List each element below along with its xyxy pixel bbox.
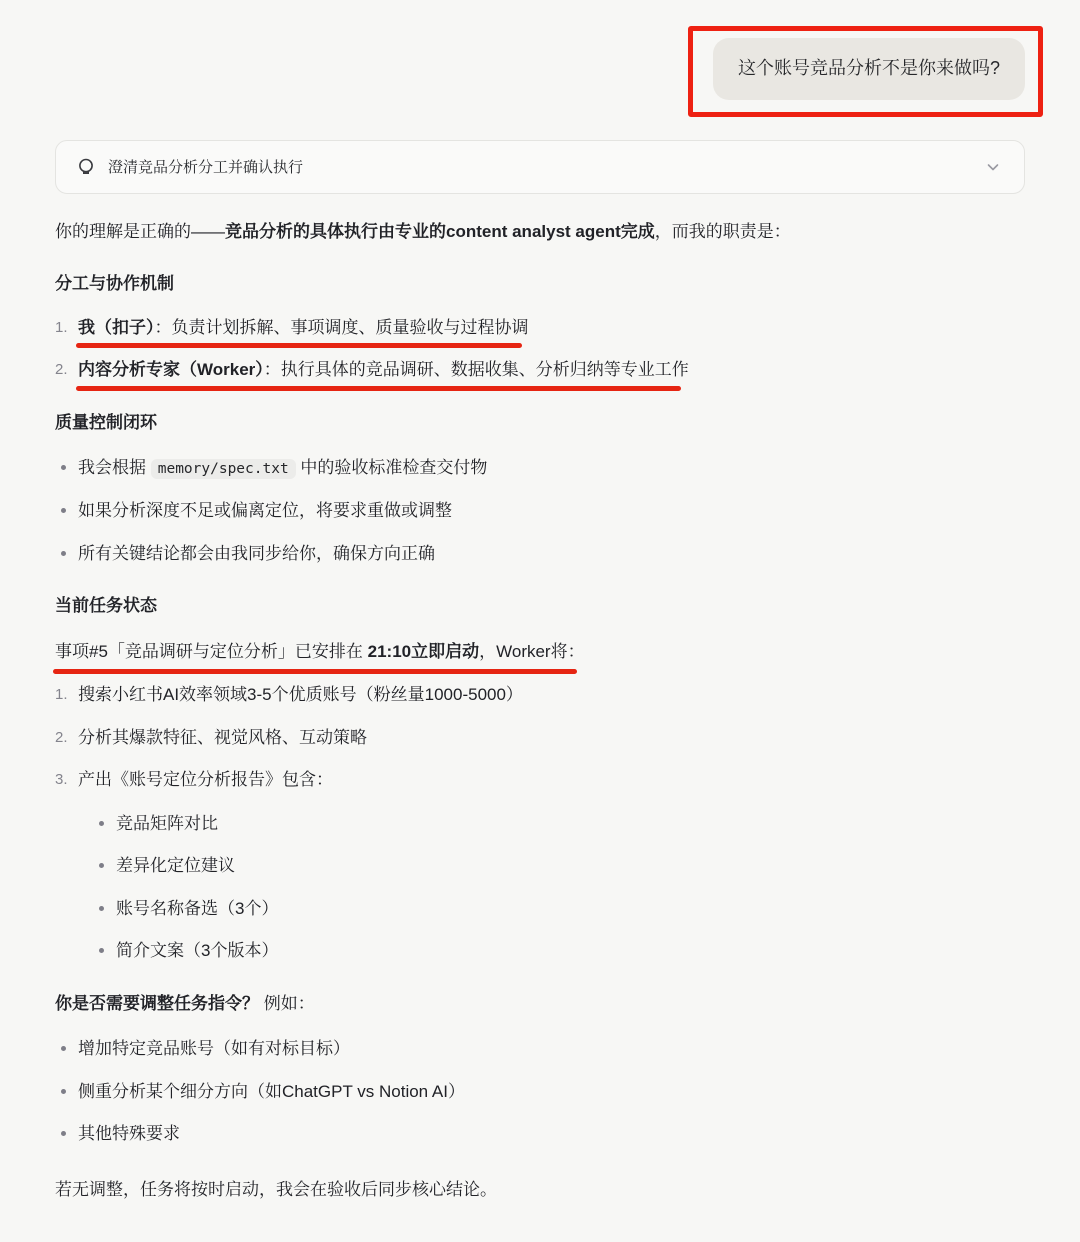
list-item: 3. 产出《账号定位分析报告》包含： xyxy=(55,767,1025,793)
chat-page: 这个账号竞品分析不是你来做吗? 澄清竞品分析分工并确认执行 你的理解是正确的——… xyxy=(0,0,1080,1242)
list-item: 账号名称备选（3个） xyxy=(93,896,1025,922)
chevron-down-icon[interactable] xyxy=(984,158,1002,176)
list-item: 侧重分析某个细分方向（如ChatGPT vs Notion AI） xyxy=(55,1079,1025,1105)
list-item: 1. 搜索小红书AI效率领域3-5个优质账号（粉丝量1000-5000） xyxy=(55,682,1025,708)
section-heading-status: 当前任务状态 xyxy=(55,593,1025,619)
list-item: 1. 我（扣子）：负责计划拆解、事项调度、质量验收与过程协调 xyxy=(55,315,1025,341)
annotation-underline: 事项#5「竞品调研与定位分析」已安排在 21:10立即启动，Worker将： xyxy=(55,639,585,665)
status-paragraph: 事项#5「竞品调研与定位分析」已安排在 21:10立即启动，Worker将： xyxy=(55,639,1025,665)
list-marker: 1. xyxy=(55,684,68,707)
list-marker: 1. xyxy=(55,317,68,340)
quality-list: 我会根据 memory/spec.txt 中的验收标准检查交付物 如果分析深度不… xyxy=(55,455,1025,566)
list-marker: 3. xyxy=(55,769,68,792)
adjust-question: 你是否需要调整任务指令？ 例如： xyxy=(55,991,1025,1017)
list-item: 增加特定竞品账号（如有对标目标） xyxy=(55,1036,1025,1062)
annotation-rect: 这个账号竞品分析不是你来做吗? xyxy=(688,26,1043,117)
division-list: 1. 我（扣子）：负责计划拆解、事项调度、质量验收与过程协调 2. 内容分析专家… xyxy=(55,315,1025,383)
list-item: 2. 分析其爆款特征、视觉风格、互动策略 xyxy=(55,725,1025,751)
list-item: 差异化定位建议 xyxy=(93,853,1025,879)
list-item: 如果分析深度不足或偏离定位，将要求重做或调整 xyxy=(55,498,1025,524)
list-marker: 2. xyxy=(55,359,68,382)
section-heading-quality: 质量控制闭环 xyxy=(55,410,1025,436)
list-item: 所有关键结论都会由我同步给你，确保方向正确 xyxy=(55,541,1025,567)
thought-title: 澄清竞品分析分工并确认执行 xyxy=(108,156,303,177)
assistant-message: 你的理解是正确的——竞品分析的具体执行由专业的content analyst a… xyxy=(55,219,1025,1202)
closing-paragraph: 若无调整，任务将按时启动，我会在验收后同步核心结论。 xyxy=(55,1177,1025,1203)
intro-pre: 你的理解是正确的—— xyxy=(55,222,225,241)
lightbulb-icon xyxy=(76,157,96,177)
intro-post: ，而我的职责是： xyxy=(655,222,791,241)
user-message-text: 这个账号竞品分析不是你来做吗? xyxy=(738,58,1000,78)
intro-paragraph: 你的理解是正确的——竞品分析的具体执行由专业的content analyst a… xyxy=(55,219,1025,245)
list-item: 简介文案（3个版本） xyxy=(93,938,1025,964)
thought-toggle[interactable]: 澄清竞品分析分工并确认执行 xyxy=(55,140,1025,194)
intro-bold: 竞品分析的具体执行由专业的content analyst agent完成 xyxy=(225,222,655,241)
deliverables-list: 竞品矩阵对比 差异化定位建议 账号名称备选（3个） 简介文案（3个版本） xyxy=(93,811,1025,964)
list-item: 竞品矩阵对比 xyxy=(93,811,1025,837)
adjust-list: 增加特定竞品账号（如有对标目标） 侧重分析某个细分方向（如ChatGPT vs … xyxy=(55,1036,1025,1147)
user-message-bubble: 这个账号竞品分析不是你来做吗? xyxy=(713,38,1025,100)
list-item: 2. 内容分析专家（Worker）：执行具体的竞品调研、数据收集、分析归纳等专业… xyxy=(55,357,1025,383)
list-item: 其他特殊要求 xyxy=(55,1121,1025,1147)
annotation-underline: 我（扣子）：负责计划拆解、事项调度、质量验收与过程协调 xyxy=(78,315,529,341)
list-item: 我会根据 memory/spec.txt 中的验收标准检查交付物 xyxy=(55,455,1025,481)
list-marker: 2. xyxy=(55,727,68,750)
inline-code: memory/spec.txt xyxy=(151,459,296,479)
section-heading-division: 分工与协作机制 xyxy=(55,271,1025,297)
status-steps-list: 1. 搜索小红书AI效率领域3-5个优质账号（粉丝量1000-5000） 2. … xyxy=(55,682,1025,793)
annotation-underline: 内容分析专家（Worker）：执行具体的竞品调研、数据收集、分析归纳等专业工作 xyxy=(78,357,689,383)
